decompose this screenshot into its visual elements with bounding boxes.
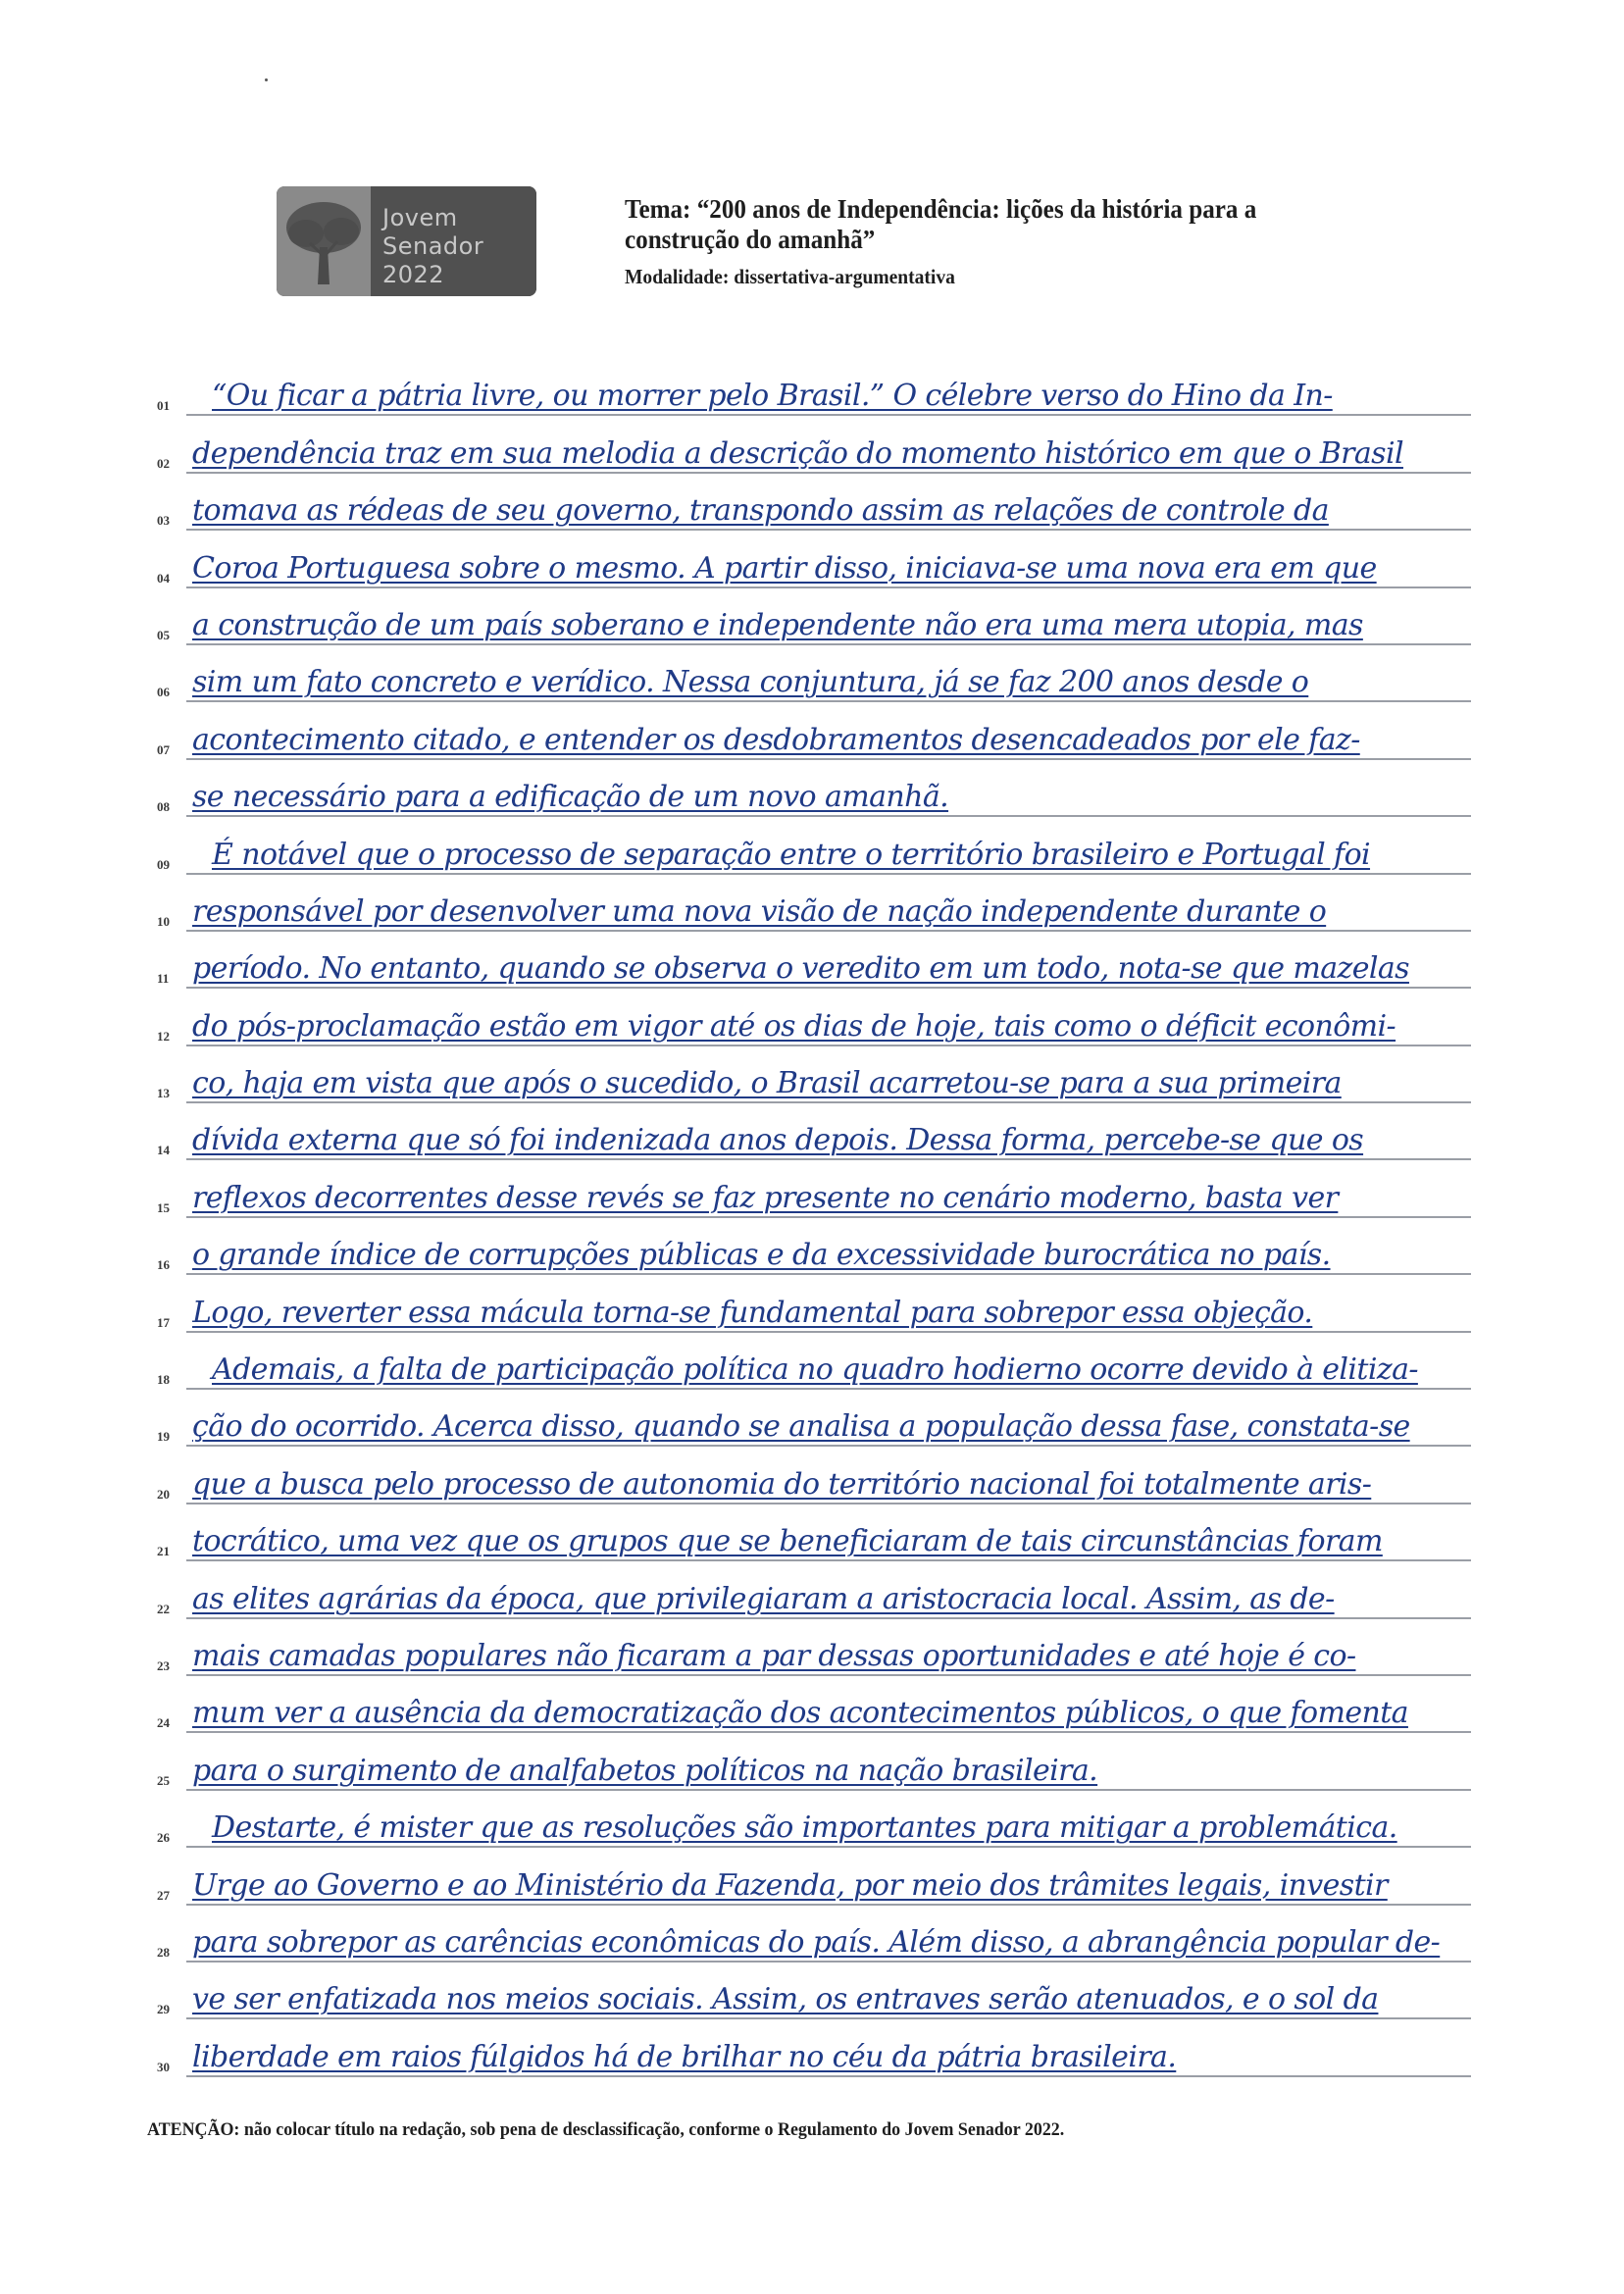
jovem-senador-logo: Jovem Senador 2022 bbox=[277, 186, 536, 296]
handwritten-text: Ademais, a falta de participação polític… bbox=[192, 1351, 1463, 1390]
line-number: 06 bbox=[157, 685, 182, 700]
essay-line: 24mum ver a ausência da democratização d… bbox=[157, 1682, 1471, 1739]
handwritten-text: dependência traz em sua melodia a descri… bbox=[192, 434, 1463, 474]
essay-line: 20que a busca pelo processo de autonomia… bbox=[157, 1453, 1471, 1509]
line-number: 04 bbox=[157, 571, 182, 586]
line-number: 05 bbox=[157, 628, 182, 643]
handwritten-text: Coroa Portuguesa sobre o mesmo. A partir… bbox=[192, 549, 1463, 588]
essay-line: 26Destarte, é mister que as resoluções s… bbox=[157, 1797, 1471, 1854]
essay-line: 25para o surgimento de analfabetos polít… bbox=[157, 1739, 1471, 1796]
essay-line: 17Logo, reverter essa mácula torna-se fu… bbox=[157, 1281, 1471, 1338]
handwritten-text: para sobrepor as carências econômicas do… bbox=[192, 1923, 1463, 1963]
line-number: 28 bbox=[157, 1945, 182, 1961]
line-number: 21 bbox=[157, 1544, 182, 1559]
essay-modality: Modalidade: dissertativa-argumentativa bbox=[625, 265, 1318, 289]
line-number: 22 bbox=[157, 1602, 182, 1617]
line-number: 29 bbox=[157, 2002, 182, 2017]
handwritten-text: liberdade em raios fúlgidos há de brilha… bbox=[192, 2038, 1463, 2077]
handwritten-text: que a busca pelo processo de autonomia d… bbox=[192, 1465, 1463, 1504]
logo-text-line: Jovem bbox=[382, 204, 536, 232]
essay-line: 15reflexos decorrentes desse revés se fa… bbox=[157, 1166, 1471, 1223]
logo-text-line: 2022 bbox=[382, 261, 536, 289]
essay-line: 21tocrático, uma vez que os grupos que s… bbox=[157, 1510, 1471, 1567]
essay-body: 01“Ou ficar a pátria livre, ou morrer pe… bbox=[157, 365, 1471, 2083]
handwritten-text: mais camadas populares não ficaram a par… bbox=[192, 1637, 1463, 1676]
line-number: 02 bbox=[157, 456, 182, 472]
line-number: 20 bbox=[157, 1487, 182, 1503]
handwritten-text: Destarte, é mister que as resoluções são… bbox=[192, 1809, 1463, 1848]
handwritten-text: a construção de um país soberano e indep… bbox=[192, 606, 1463, 645]
essay-line: 18Ademais, a falta de participação polít… bbox=[157, 1339, 1471, 1396]
line-number: 12 bbox=[157, 1029, 182, 1045]
essay-line: 12do pós-proclamação estão em vigor até … bbox=[157, 994, 1471, 1051]
essay-line: 09É notável que o processo de separação … bbox=[157, 823, 1471, 880]
handwritten-text: sim um fato concreto e verídico. Nessa c… bbox=[192, 663, 1463, 702]
essay-line: 22as elites agrárias da época, que privi… bbox=[157, 1567, 1471, 1624]
handwritten-text: Urge ao Governo e ao Ministério da Fazen… bbox=[192, 1866, 1463, 1906]
line-number: 17 bbox=[157, 1315, 182, 1331]
handwritten-text: É notável que o processo de separação en… bbox=[192, 836, 1463, 875]
handwritten-text: ve ser enfatizada nos meios sociais. Ass… bbox=[192, 1980, 1463, 2019]
line-number: 14 bbox=[157, 1143, 182, 1158]
essay-line: 06sim um fato concreto e verídico. Nessa… bbox=[157, 651, 1471, 708]
handwritten-text: se necessário para a edificação de um no… bbox=[192, 778, 1463, 817]
essay-line: 08se necessário para a edificação de um … bbox=[157, 766, 1471, 823]
essay-line: 11período. No entanto, quando se observa… bbox=[157, 938, 1471, 994]
handwritten-text: para o surgimento de analfabetos polític… bbox=[192, 1752, 1463, 1791]
modality-label: Modalidade: bbox=[625, 265, 729, 288]
line-number: 15 bbox=[157, 1200, 182, 1216]
line-number: 10 bbox=[157, 914, 182, 930]
handwritten-text: do pós-proclamação estão em vigor até os… bbox=[192, 1007, 1463, 1046]
essay-line: 27Urge ao Governo e ao Ministério da Faz… bbox=[157, 1854, 1471, 1911]
line-number: 27 bbox=[157, 1888, 182, 1904]
essay-line: 01“Ou ficar a pátria livre, ou morrer pe… bbox=[157, 365, 1471, 422]
handwritten-text: o grande índice de corrupções públicas e… bbox=[192, 1236, 1463, 1275]
line-number: 13 bbox=[157, 1086, 182, 1101]
scan-speck bbox=[265, 78, 268, 81]
essay-theme: Tema: “200 anos de Independência: lições… bbox=[625, 194, 1370, 289]
essay-line: 03tomava as rédeas de seu governo, trans… bbox=[157, 480, 1471, 536]
handwritten-text: dívida externa que só foi indenizada ano… bbox=[192, 1121, 1463, 1160]
line-number: 24 bbox=[157, 1715, 182, 1731]
line-number: 30 bbox=[157, 2060, 182, 2075]
handwritten-text: responsável por desenvolver uma nova vis… bbox=[192, 892, 1463, 932]
essay-line: 19ção do ocorrido. Acerca disso, quando … bbox=[157, 1396, 1471, 1453]
form-header: Jovem Senador 2022 Tema: “200 anos de In… bbox=[277, 186, 1385, 314]
line-number: 18 bbox=[157, 1372, 182, 1388]
essay-line: 29ve ser enfatizada nos meios sociais. A… bbox=[157, 1968, 1471, 2025]
line-number: 25 bbox=[157, 1773, 182, 1789]
essay-line: 14dívida externa que só foi indenizada a… bbox=[157, 1109, 1471, 1166]
line-number: 23 bbox=[157, 1658, 182, 1674]
line-number: 03 bbox=[157, 513, 182, 529]
essay-line: 28para sobrepor as carências econômicas … bbox=[157, 1912, 1471, 1968]
line-number: 09 bbox=[157, 857, 182, 873]
essay-line: 10responsável por desenvolver uma nova v… bbox=[157, 881, 1471, 938]
logo-text-panel: Jovem Senador 2022 bbox=[371, 186, 536, 296]
essay-line: 02dependência traz em sua melodia a desc… bbox=[157, 422, 1471, 479]
logo-text-line: Senador bbox=[382, 232, 536, 261]
attention-label: ATENÇÃO: bbox=[147, 2120, 239, 2140]
attention-text: não colocar título na redação, sob pena … bbox=[244, 2120, 1064, 2140]
line-number: 01 bbox=[157, 398, 182, 414]
handwritten-text: ção do ocorrido. Acerca disso, quando se… bbox=[192, 1407, 1463, 1447]
theme-text: “200 anos de Independência: lições da hi… bbox=[625, 194, 1256, 254]
line-number: 16 bbox=[157, 1257, 182, 1273]
modality-text: dissertativa-argumentativa bbox=[734, 265, 955, 288]
line-number: 11 bbox=[157, 971, 182, 987]
handwritten-text: acontecimento citado, e entender os desd… bbox=[192, 721, 1463, 760]
line-number: 26 bbox=[157, 1830, 182, 1846]
essay-line: 05a construção de um país soberano e ind… bbox=[157, 594, 1471, 651]
attention-notice: ATENÇÃO: não colocar título na redação, … bbox=[147, 2120, 1384, 2141]
handwritten-text: co, haja em vista que após o sucedido, o… bbox=[192, 1064, 1463, 1103]
line-number: 07 bbox=[157, 742, 182, 758]
handwritten-text: tocrático, uma vez que os grupos que se … bbox=[192, 1522, 1463, 1561]
essay-line: 07acontecimento citado, e entender os de… bbox=[157, 708, 1471, 765]
essay-line: 13co, haja em vista que após o sucedido,… bbox=[157, 1052, 1471, 1109]
handwritten-text: mum ver a ausência da democratização dos… bbox=[192, 1694, 1463, 1733]
logo-tree-panel bbox=[277, 186, 371, 296]
tree-icon bbox=[277, 186, 371, 296]
theme-title: Tema: “200 anos de Independência: lições… bbox=[625, 194, 1373, 255]
essay-line: 30liberdade em raios fúlgidos há de bril… bbox=[157, 2025, 1471, 2082]
theme-label: Tema: bbox=[625, 194, 690, 224]
handwritten-text: reflexos decorrentes desse revés se faz … bbox=[192, 1179, 1463, 1218]
handwritten-text: período. No entanto, quando se observa o… bbox=[192, 949, 1463, 989]
essay-line: 16o grande índice de corrupções públicas… bbox=[157, 1224, 1471, 1281]
handwritten-text: tomava as rédeas de seu governo, transpo… bbox=[192, 491, 1463, 531]
handwritten-text: “Ou ficar a pátria livre, ou morrer pelo… bbox=[192, 377, 1463, 416]
line-number: 19 bbox=[157, 1429, 182, 1445]
essay-line: 04Coroa Portuguesa sobre o mesmo. A part… bbox=[157, 536, 1471, 593]
line-number: 08 bbox=[157, 799, 182, 815]
handwritten-text: Logo, reverter essa mácula torna-se fund… bbox=[192, 1294, 1463, 1333]
essay-line: 23mais camadas populares não ficaram a p… bbox=[157, 1625, 1471, 1682]
handwritten-text: as elites agrárias da época, que privile… bbox=[192, 1580, 1463, 1619]
